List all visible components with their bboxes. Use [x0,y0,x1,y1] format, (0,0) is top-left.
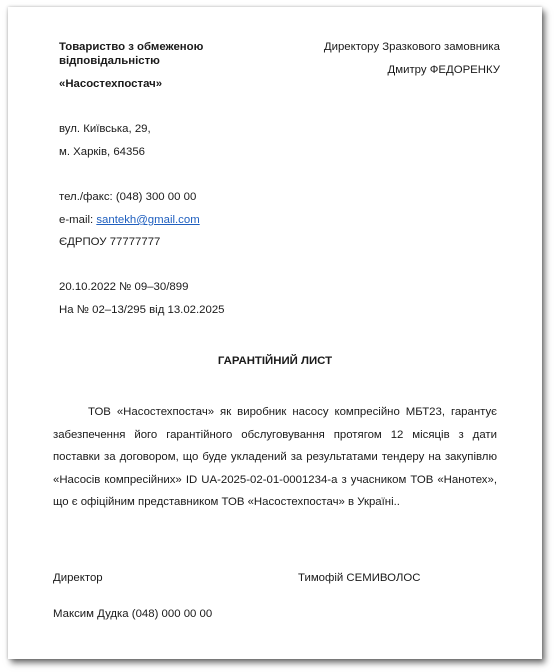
email-label: e-mail: [59,214,96,226]
sender-org-line2: відповідальністю [59,54,160,68]
sender-org-name: «Насостехпостач» [59,77,162,91]
letter-title: ГАРАНТІЙНИЙ ЛИСТ [8,354,542,368]
sender-phone-fax: тел./факс: (048) 300 00 00 [59,190,196,204]
outgoing-reference: 20.10.2022 № 09–30/899 [59,280,188,294]
sender-address-street: вул. Київська, 29, [59,122,151,136]
sender-email-line: e-mail: santekh@gmail.com [59,213,200,227]
email-link[interactable]: santekh@gmail.com [96,214,199,226]
signature-name: Тимофій СЕМИВОЛОС [298,571,420,585]
sender-address-city: м. Харків, 64356 [59,145,145,159]
letter-body: ТОВ «Насостехпостач» як виробник насосу … [53,401,497,514]
recipient-position: Директору Зразкового замовника [324,40,500,54]
sender-org-line1: Товариство з обмеженою [59,40,203,54]
signature-position: Директор [53,571,103,585]
incoming-reference: На № 02–13/295 від 13.02.2025 [59,303,225,317]
executor-contact: Максим Дудка (048) 000 00 00 [53,607,212,621]
letter-page: Товариство з обмеженою відповідальністю … [8,7,542,659]
sender-edrpou: ЄДРПОУ 77777777 [59,235,160,249]
recipient-name: Дмитру ФЕДОРЕНКУ [388,63,500,77]
